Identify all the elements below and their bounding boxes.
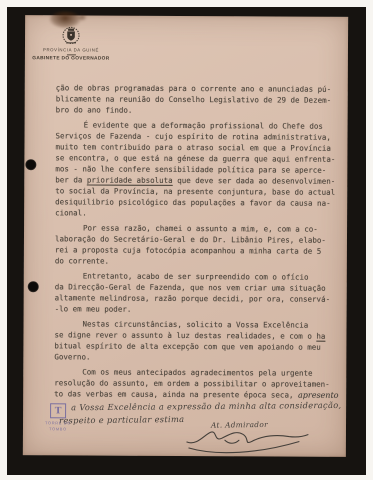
typed-line: to das verbas em causa, ainda na present… bbox=[54, 388, 348, 401]
signature-icon bbox=[181, 426, 316, 461]
typed-line: desiquilibrio psicológico das populações… bbox=[55, 196, 349, 209]
letter-page: PROVÍNCIA DA GUINÉ GABINETE DO GOVERNADO… bbox=[23, 15, 348, 457]
letter-body: ção de obras programadas para o corrente… bbox=[54, 82, 350, 401]
ink-stain-small bbox=[77, 13, 87, 21]
archive-stamp: T TORRE DO TOMBO bbox=[37, 403, 79, 431]
typed-line: bro do ano findo. bbox=[56, 104, 350, 117]
typed-line: -lo em meu poder. bbox=[55, 303, 349, 316]
letterhead-office: GABINETE DO GOVERNADOR bbox=[27, 56, 115, 61]
typed-line: cional. bbox=[55, 207, 349, 220]
coat-of-arms-icon bbox=[62, 25, 80, 45]
typed-line: bitual espírito de alta excepção com que… bbox=[54, 340, 348, 353]
letterhead-rule bbox=[66, 54, 75, 55]
scanned-document: PROVÍNCIA DA GUINÉ GABINETE DO GOVERNADO… bbox=[0, 0, 373, 480]
scan-backdrop: PROVÍNCIA DA GUINÉ GABINETE DO GOVERNADO… bbox=[7, 7, 366, 475]
letterhead-province: PROVÍNCIA DA GUINÉ bbox=[27, 47, 115, 52]
punch-hole-bottom bbox=[28, 281, 39, 292]
typed-line: Governo. bbox=[54, 351, 348, 364]
archive-stamp-line1: TORRE DO bbox=[37, 420, 79, 425]
handwritten-line-1: a Vossa Excelência a expressão da minha … bbox=[71, 400, 341, 412]
archive-stamp-monogram: T bbox=[50, 403, 66, 418]
punch-hole-top bbox=[25, 159, 36, 170]
archive-stamp-line2: TOMBO bbox=[37, 426, 79, 431]
letterhead: PROVÍNCIA DA GUINÉ GABINETE DO GOVERNADO… bbox=[27, 25, 115, 61]
typed-line: do corrente. bbox=[55, 255, 349, 268]
handwritten-inline: apresento bbox=[298, 391, 339, 400]
